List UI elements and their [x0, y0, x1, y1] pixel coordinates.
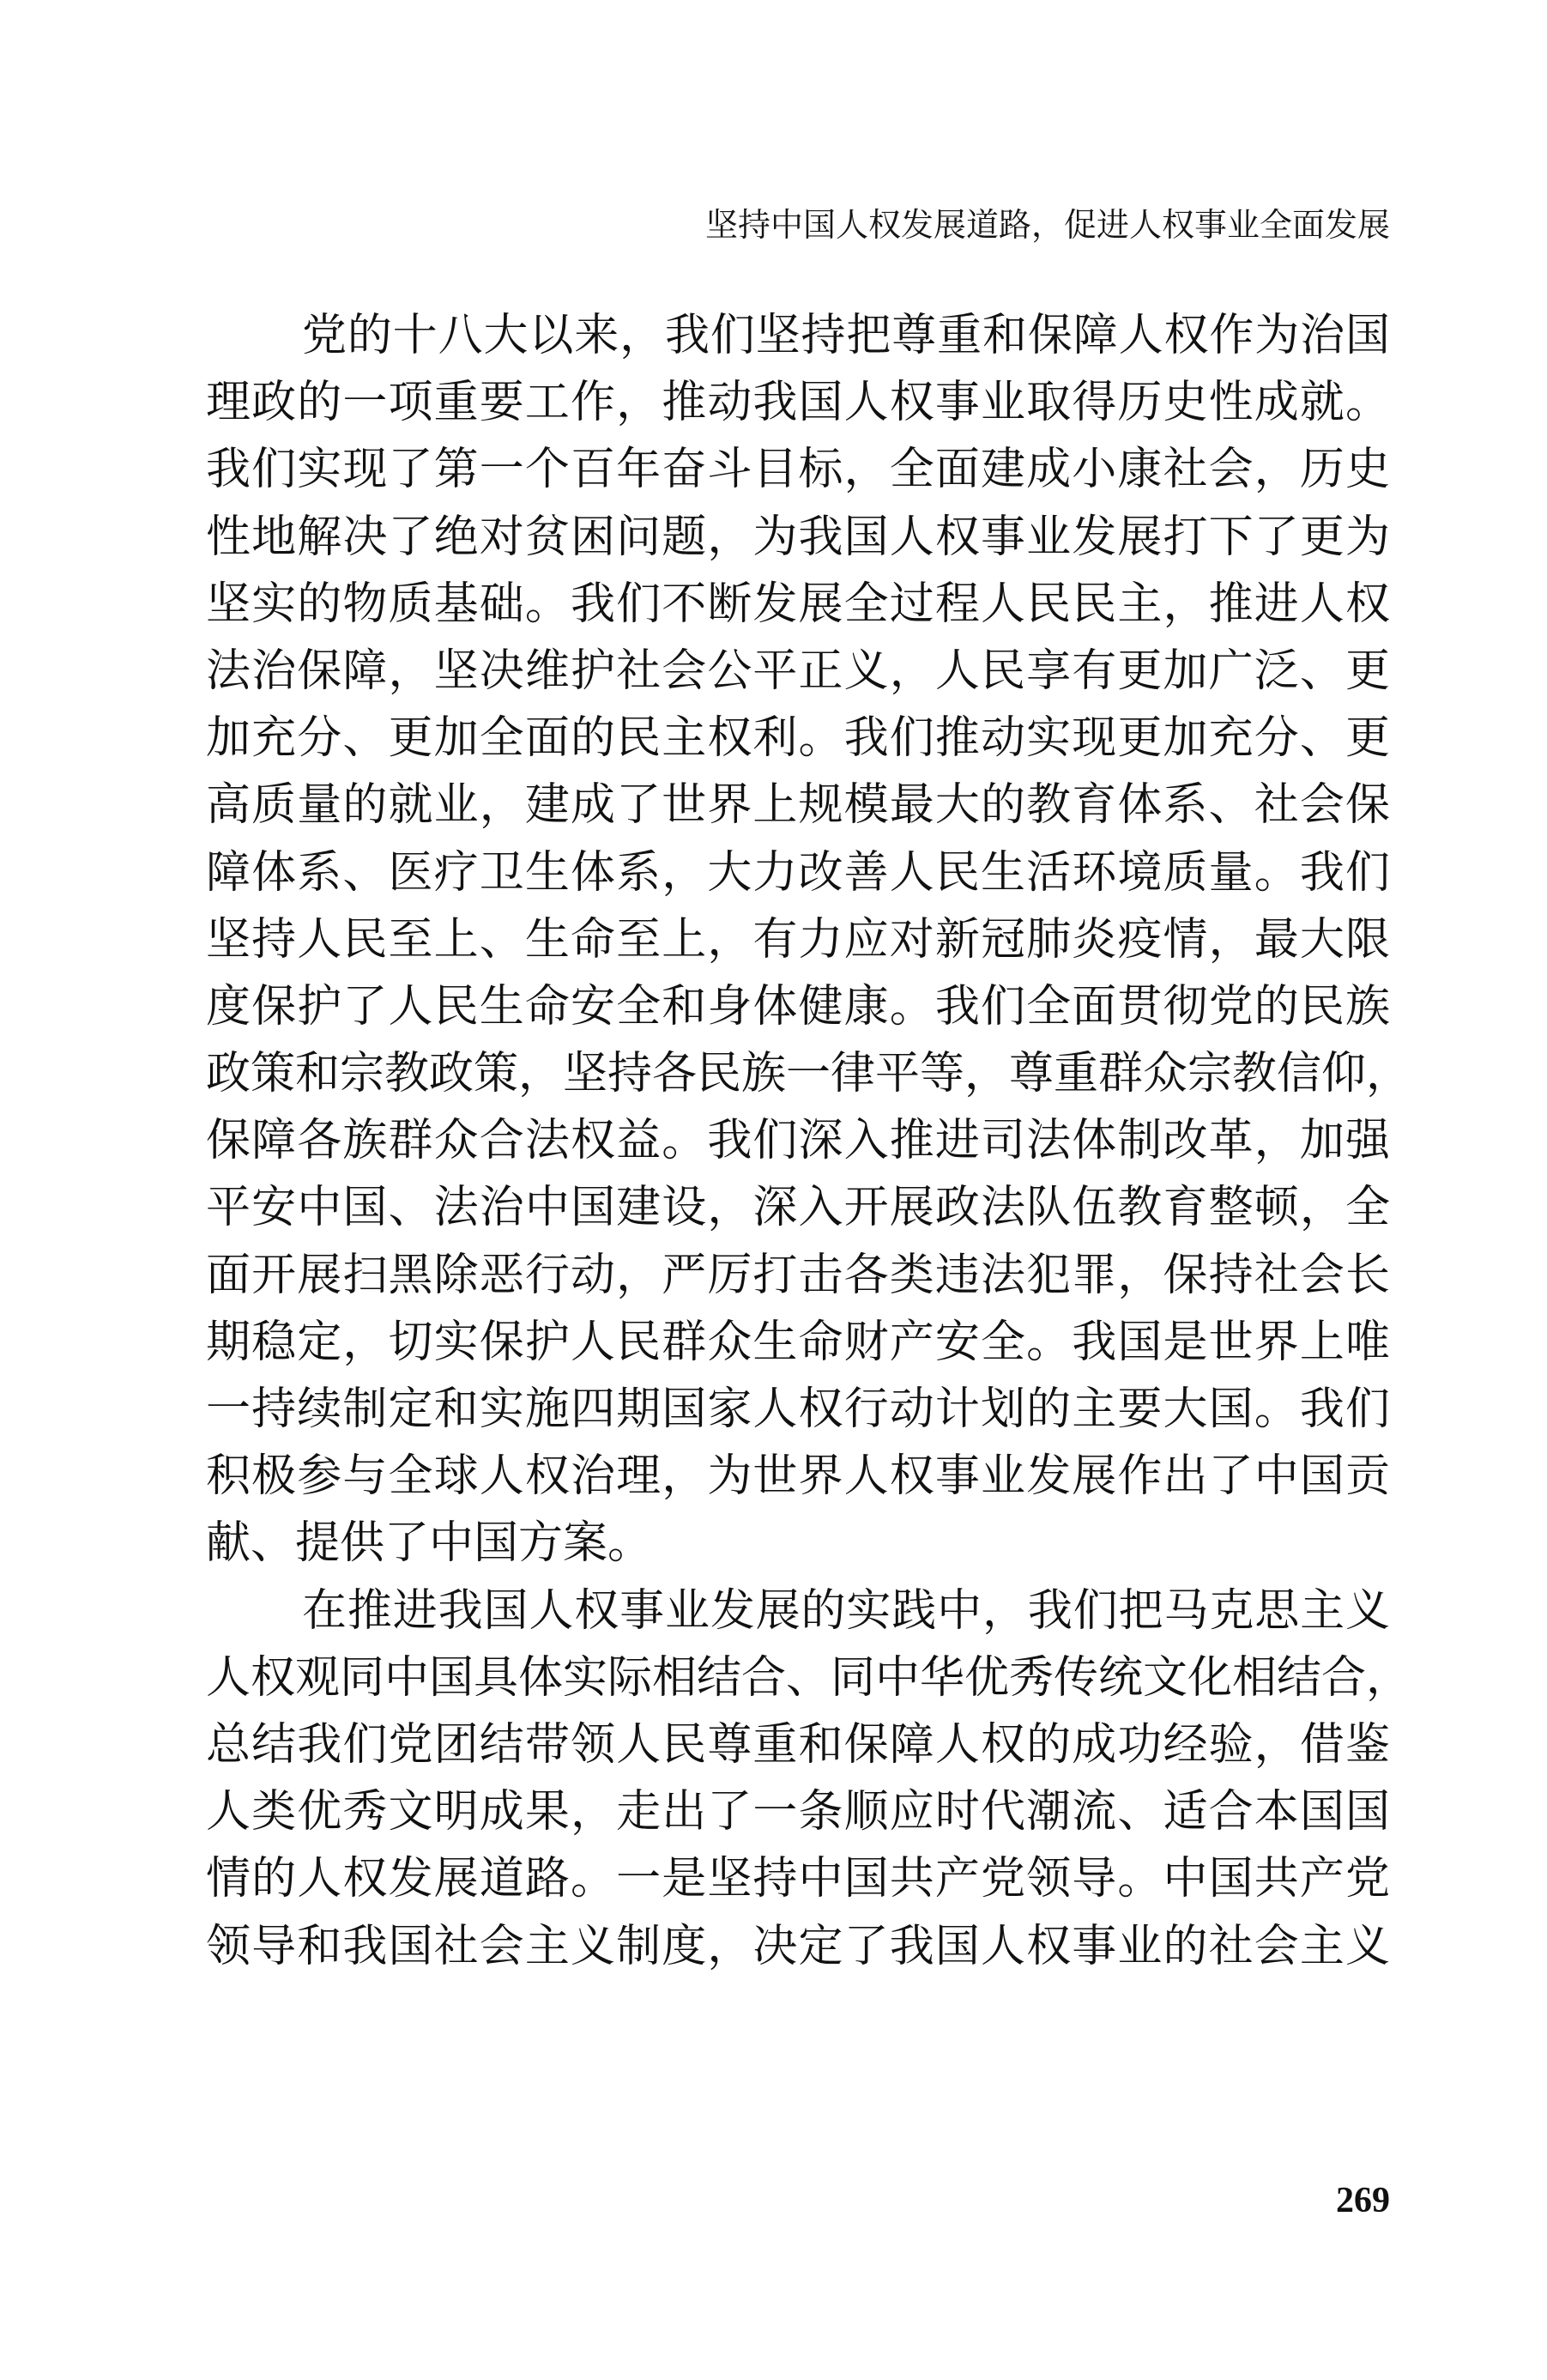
text-line: 障体系、医疗卫生体系，大力改善人民生活环境质量。我们	[206, 839, 1390, 906]
text-line: 在推进我国人权事业发展的实践中，我们把马克思主义	[206, 1578, 1390, 1644]
page-number: 269	[1296, 2178, 1390, 2223]
text-line: 一持续制定和实施四期国家人权行动计划的主要大国。我们	[206, 1376, 1390, 1443]
text-line: 我们实现了第一个百年奋斗目标，全面建成小康社会，历史	[206, 436, 1390, 503]
text-line: 总结我们党团结带领人民尊重和保障人权的成功经验，借鉴	[206, 1711, 1390, 1778]
text-line: 人类优秀文明成果，走出了一条顺应时代潮流、适合本国国	[206, 1778, 1390, 1845]
text-line: 积极参与全球人权治理，为世界人权事业发展作出了中国贡	[206, 1443, 1390, 1510]
text-line: 高质量的就业，建成了世界上规模最大的教育体系、社会保	[206, 772, 1390, 839]
text-line: 坚持人民至上、生命至上，有力应对新冠肺炎疫情，最大限	[206, 906, 1390, 973]
text-line: 政策和宗教政策，坚持各民族一律平等，尊重群众宗教信仰，	[206, 1040, 1390, 1107]
text-line: 理政的一项重要工作，推动我国人权事业取得历史性成就。	[206, 369, 1390, 436]
text-line: 度保护了人民生命安全和身体健康。我们全面贯彻党的民族	[206, 973, 1390, 1040]
text-line: 情的人权发展道路。一是坚持中国共产党领导。中国共产党	[206, 1845, 1390, 1912]
text-line: 法治保障，坚决维护社会公平正义，人民享有更加广泛、更	[206, 638, 1390, 705]
body-text: 党的十八大以来，我们坚持把尊重和保障人权作为治国 理政的一项重要工作，推动我国人…	[206, 302, 1390, 1980]
text-line: 面开展扫黑除恶行动，严厉打击各类违法犯罪，保持社会长	[206, 1242, 1390, 1309]
text-line: 人权观同中国具体实际相结合、同中华优秀传统文化相结合，	[206, 1644, 1390, 1711]
text-line: 保障各族群众合法权益。我们深入推进司法体制改革，加强	[206, 1107, 1390, 1174]
text-line: 坚实的物质基础。我们不断发展全过程人民民主，推进人权	[206, 571, 1390, 638]
text-line: 期稳定，切实保护人民群众生命财产安全。我国是世界上唯	[206, 1309, 1390, 1376]
text-line: 领导和我国社会主义制度，决定了我国人权事业的社会主义	[206, 1913, 1390, 1980]
text-line: 献、提供了中国方案。	[206, 1510, 1390, 1577]
text-line: 性地解决了绝对贫困问题，为我国人权事业发展打下了更为	[206, 504, 1390, 571]
paragraph-1: 党的十八大以来，我们坚持把尊重和保障人权作为治国 理政的一项重要工作，推动我国人…	[206, 302, 1390, 1578]
text-line: 平安中国、法治中国建设，深入开展政法队伍教育整顿，全	[206, 1174, 1390, 1241]
paragraph-2: 在推进我国人权事业发展的实践中，我们把马克思主义 人权观同中国具体实际相结合、同…	[206, 1578, 1390, 1980]
text-line: 党的十八大以来，我们坚持把尊重和保障人权作为治国	[206, 302, 1390, 369]
running-header: 坚持中国人权发展道路，促进人权事业全面发展	[635, 199, 1390, 251]
text-line: 加充分、更加全面的民主权利。我们推动实现更加充分、更	[206, 705, 1390, 772]
